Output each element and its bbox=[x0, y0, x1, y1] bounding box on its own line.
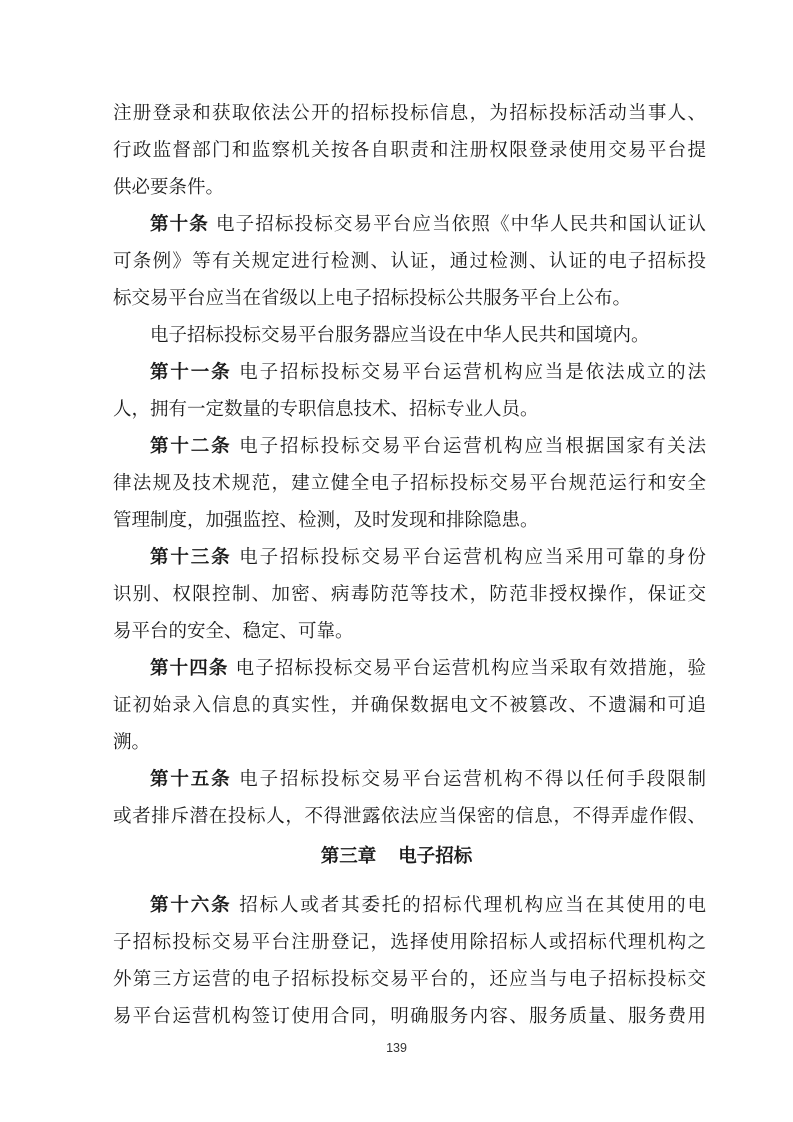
article-text: 电子招标投标交易平台运营机构应当根据国家有关法 bbox=[239, 436, 706, 457]
text-line: 行政监督部门和监察机关按各自职责和注册权限登录使用交易平台提 bbox=[113, 138, 706, 164]
article-number: 第十三条 bbox=[150, 547, 232, 568]
text-line: 易平台运营机构签订使用合同，明确服务内容、服务质量、服务费用 bbox=[113, 1004, 706, 1030]
text-line: 外第三方运营的电子招标投标交易平台的，还应当与电子招标投标交 bbox=[113, 967, 706, 993]
article-text: 电子招标投标交易平台运营机构应当采取有效措施，验 bbox=[236, 658, 706, 679]
article-10-first-line: 第十条 电子招标投标交易平台应当依照《中华人民共和国认证认 bbox=[113, 212, 706, 238]
text-line: 标交易平台应当在省级以上电子招标投标公共服务平台上公布。 bbox=[113, 286, 706, 312]
article-text: 电子招标投标交易平台运营机构不得以任何手段限制 bbox=[239, 769, 706, 790]
text-line: 证初始录入信息的真实性，并确保数据电文不被篡改、不遗漏和可追 bbox=[113, 693, 706, 719]
text-line: 人，拥有一定数量的专职信息技术、招标专业人员。 bbox=[113, 397, 706, 423]
text-line: 易平台的安全、稳定、可靠。 bbox=[113, 619, 706, 645]
article-16-first-line: 第十六条 招标人或者其委托的招标代理机构应当在其使用的电 bbox=[113, 893, 706, 919]
text-line: 电子招标投标交易平台服务器应当设在中华人民共和国境内。 bbox=[113, 323, 706, 349]
article-text: 电子招标投标交易平台运营机构应当采用可靠的身份 bbox=[239, 547, 706, 568]
article-text: 招标人或者其委托的招标代理机构应当在其使用的电 bbox=[239, 895, 706, 916]
article-number: 第十二条 bbox=[150, 436, 232, 457]
text-line: 子招标投标交易平台注册登记，选择使用除招标人或招标代理机构之 bbox=[113, 930, 706, 956]
text-line: 识别、权限控制、加密、病毒防范等技术，防范非授权操作，保证交 bbox=[113, 582, 706, 608]
text-line: 溯。 bbox=[113, 730, 706, 756]
page-number: 139 bbox=[0, 1041, 793, 1055]
article-13-first-line: 第十三条 电子招标投标交易平台运营机构应当采用可靠的身份 bbox=[113, 545, 706, 571]
article-number: 第十四条 bbox=[150, 658, 229, 679]
article-text: 电子招标投标交易平台应当依照《中华人民共和国认证认 bbox=[216, 214, 706, 235]
article-text: 电子招标投标交易平台运营机构应当是依法成立的法 bbox=[239, 362, 706, 383]
text-line: 律法规及技术规范，建立健全电子招标投标交易平台规范运行和安全 bbox=[113, 471, 706, 497]
article-15-first-line: 第十五条 电子招标投标交易平台运营机构不得以任何手段限制 bbox=[113, 767, 706, 793]
text-line: 可条例》等有关规定进行检测、认证，通过检测、认证的电子招标投 bbox=[113, 249, 706, 275]
article-11-first-line: 第十一条 电子招标投标交易平台运营机构应当是依法成立的法 bbox=[113, 360, 706, 386]
document-page: 注册登录和获取依法公开的招标投标信息，为招标投标活动当事人、 行政监督部门和监察… bbox=[0, 0, 793, 1122]
article-14-first-line: 第十四条 电子招标投标交易平台运营机构应当采取有效措施，验 bbox=[113, 656, 706, 682]
article-number: 第十五条 bbox=[150, 769, 232, 790]
text-line: 或者排斥潜在投标人，不得泄露依法应当保密的信息，不得弄虚作假、 bbox=[113, 804, 706, 830]
chapter-number: 第三章 bbox=[321, 846, 377, 867]
text-line: 管理制度，加强监控、检测，及时发现和排除隐患。 bbox=[113, 508, 706, 534]
chapter-heading: 第三章电子招标 bbox=[0, 844, 793, 870]
text-line: 注册登录和获取依法公开的招标投标信息，为招标投标活动当事人、 bbox=[113, 101, 706, 127]
text-line: 供必要条件。 bbox=[113, 175, 706, 201]
article-number: 第十一条 bbox=[150, 362, 232, 383]
article-number: 第十条 bbox=[150, 214, 209, 235]
chapter-title: 电子招标 bbox=[398, 846, 472, 867]
article-number: 第十六条 bbox=[150, 895, 232, 916]
article-12-first-line: 第十二条 电子招标投标交易平台运营机构应当根据国家有关法 bbox=[113, 434, 706, 460]
